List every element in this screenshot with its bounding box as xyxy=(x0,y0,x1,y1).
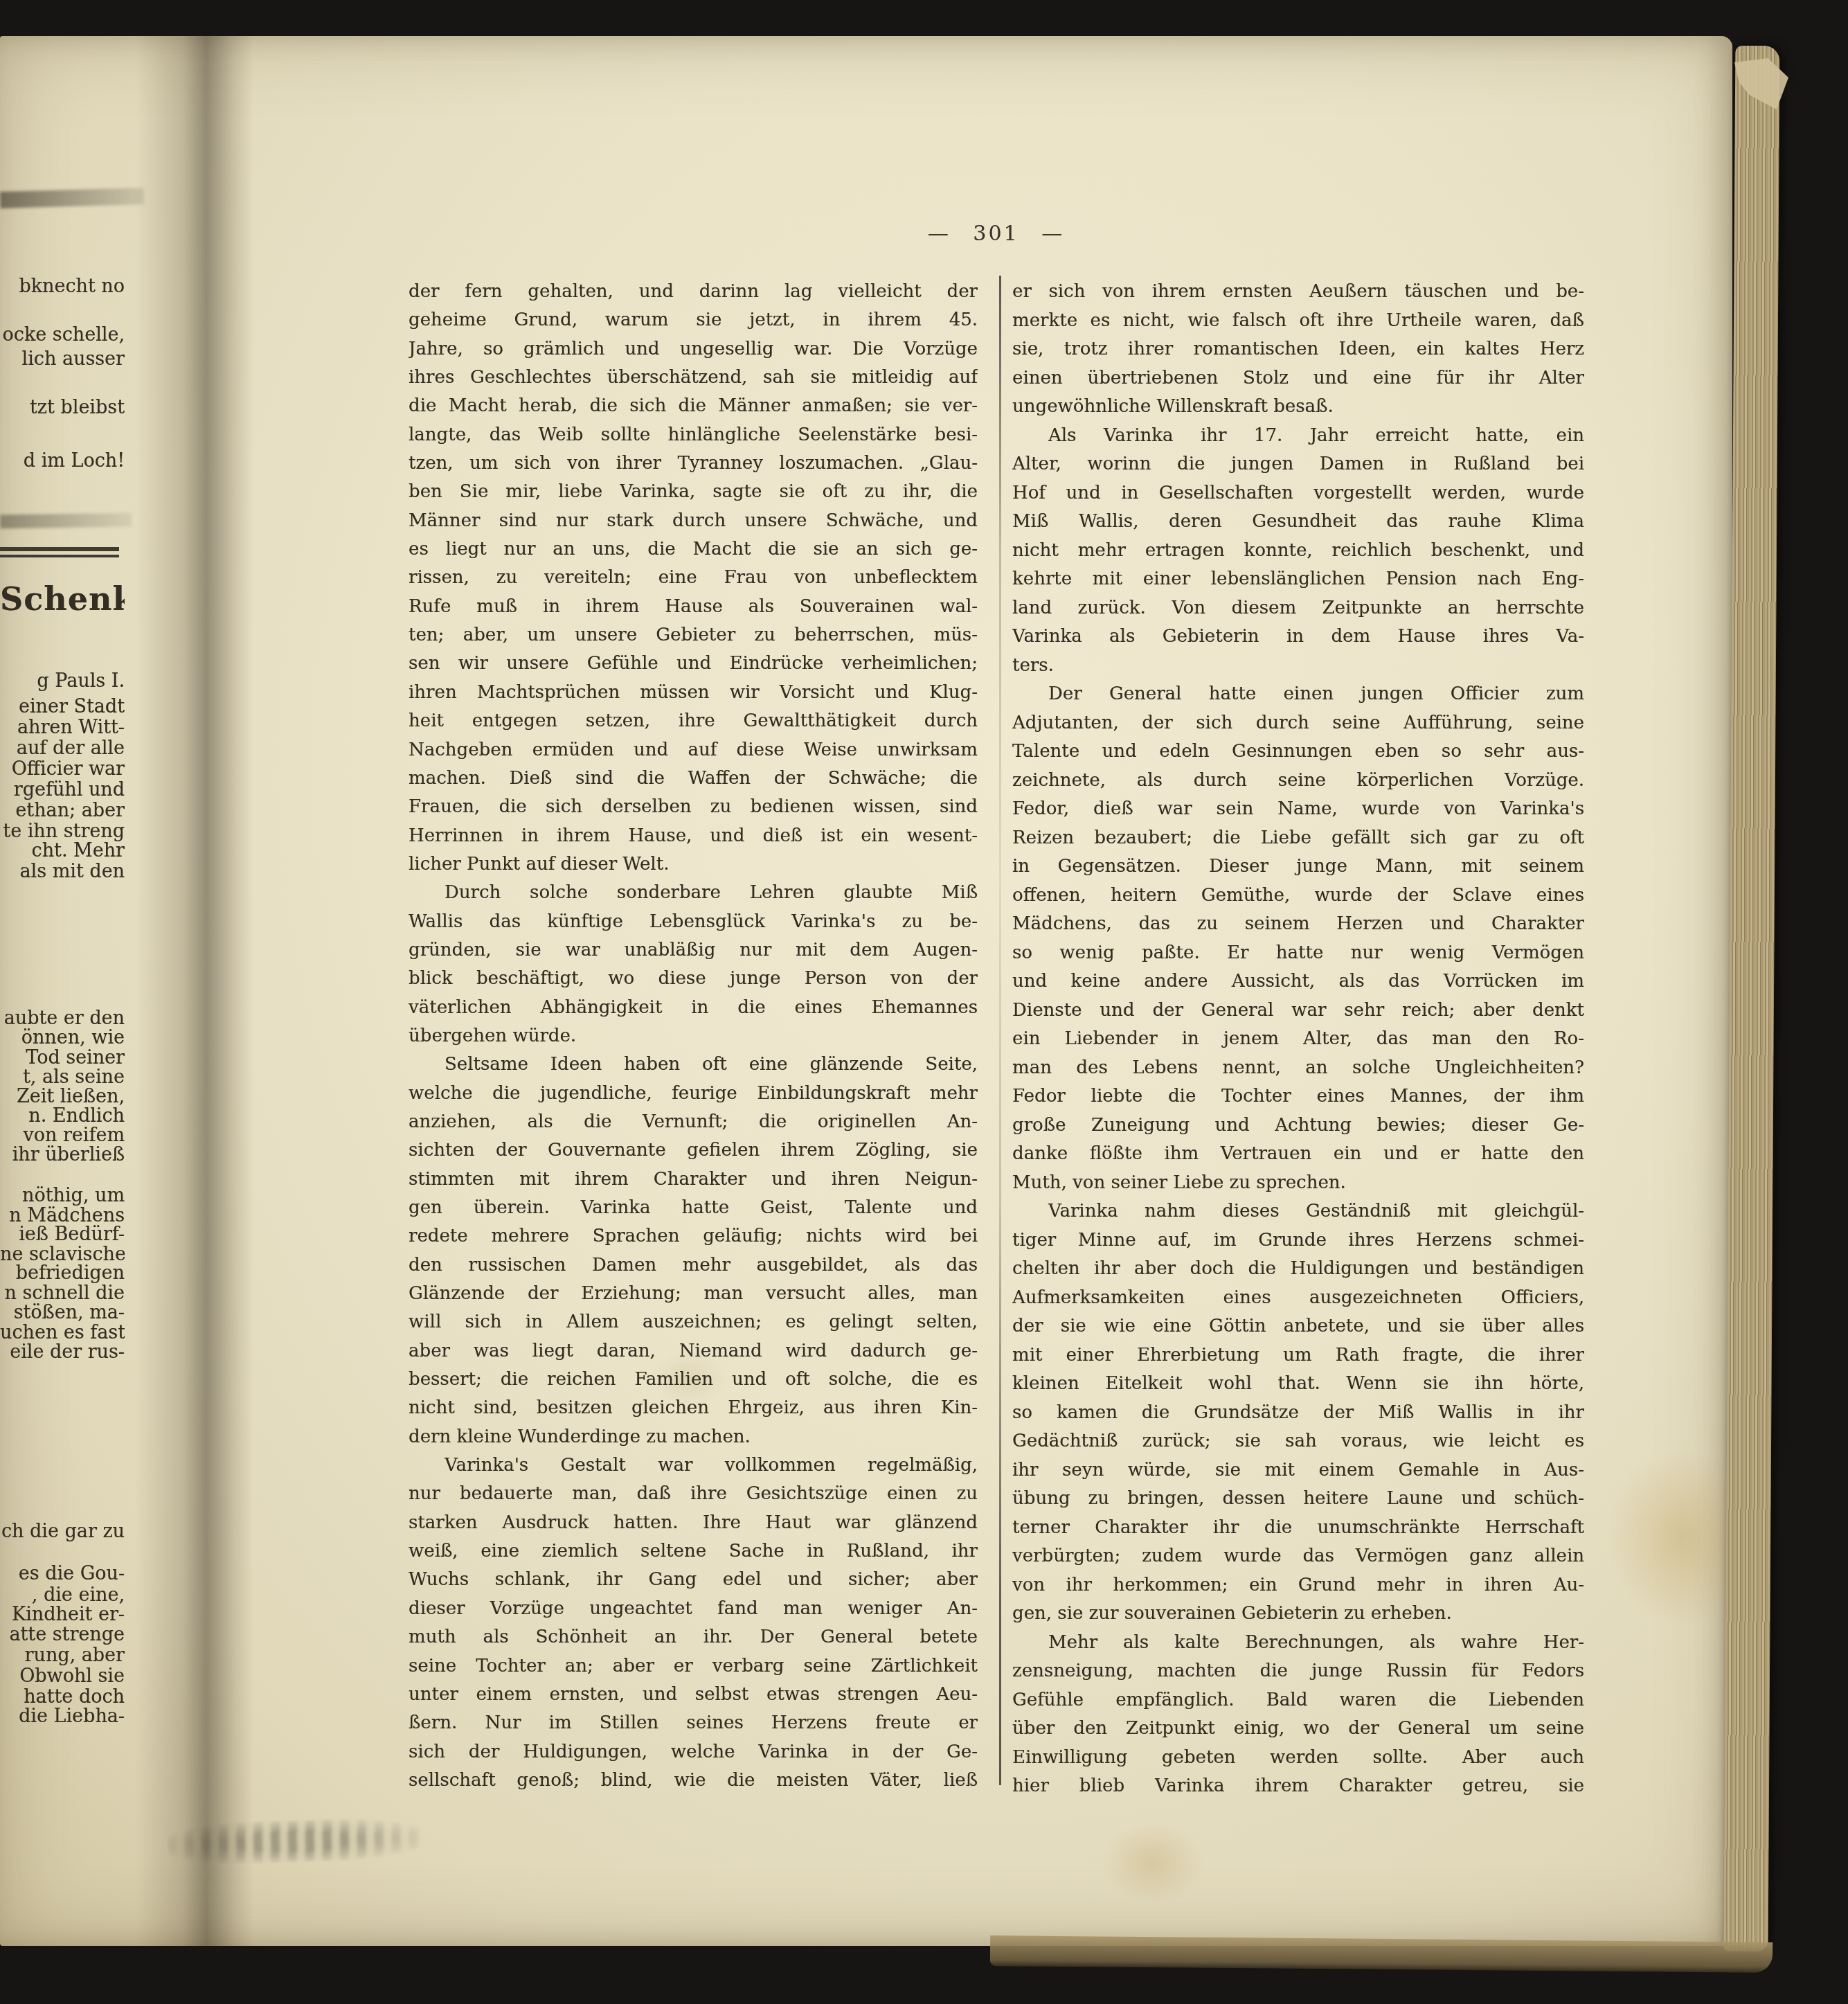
text-line: tiger Minne auf, im Grunde ihres Herzens… xyxy=(1012,1226,1584,1255)
fragment-line: ieß Bedürf- xyxy=(0,1224,125,1245)
text-line: Seltsame Ideen haben oft eine glänzende … xyxy=(409,1050,978,1079)
text-line: in Gegensätzen. Dieser junge Mann, mit s… xyxy=(1012,852,1584,882)
text-line: Herrinnen in ihrem Hause, und dieß ist e… xyxy=(409,822,978,850)
text-line: Nachgeben ermüden und auf diese Weise un… xyxy=(409,736,978,764)
text-line: stimmten mit ihrem Charakter und ihren N… xyxy=(409,1165,978,1194)
text-line: Reizen bezaubert; die Liebe gefällt sich… xyxy=(1012,824,1584,853)
text-line: blick beschäftigt, wo diese junge Person… xyxy=(409,965,978,993)
text-line: über den Zeitpunkt einig, wo der General… xyxy=(1012,1715,1584,1744)
fragment-line: hatte doch xyxy=(0,1686,125,1708)
text-line: übergehen würde. xyxy=(409,1022,978,1050)
fragment-line: von reifem xyxy=(0,1125,125,1146)
text-line: einen übertriebenen Stolz und eine für i… xyxy=(1012,364,1584,393)
text-line: will sich in Allem auszeichnen; es gelin… xyxy=(409,1308,978,1336)
text-line: Frauen, die sich derselben zu bedienen w… xyxy=(409,793,978,821)
fragment-line: es die Gou- xyxy=(0,1563,125,1584)
text-line: dern kleine Wunderdinge zu machen. xyxy=(409,1423,978,1451)
text-line: so wenig paßte. Er hatte nur wenig Vermö… xyxy=(1012,939,1584,968)
fragment-heading: Schenke. xyxy=(0,580,125,618)
text-line: er sich von ihrem ernsten Aeußern täusch… xyxy=(1012,278,1584,307)
fragment-line: Kindheit er- xyxy=(0,1604,125,1625)
fragment-line: atte strenge xyxy=(0,1624,125,1645)
text-line: starken Ausdruck hatten. Ihre Haut war g… xyxy=(409,1509,978,1537)
text-line: Als Varinka ihr 17. Jahr erreicht hatte,… xyxy=(1012,422,1584,451)
text-line: machen. Dieß sind die Waffen der Schwäch… xyxy=(409,764,978,793)
text-line: tzen, um sich von ihrer Tyranney loszuma… xyxy=(409,449,978,478)
fragment-line: ocke schelle, xyxy=(0,324,125,346)
text-line: Wallis das künftige Lebensglück Varinka'… xyxy=(409,908,978,936)
column-divider-rule xyxy=(999,276,1001,1785)
text-line: Hof und in Gesellschaften vorgestellt we… xyxy=(1012,479,1584,508)
text-line: licher Punkt auf dieser Welt. xyxy=(409,850,978,879)
text-line: ßern. Nur im Stillen seines Herzens freu… xyxy=(409,1709,978,1737)
text-line: redete mehrere Sprachen geläufig; nichts… xyxy=(409,1222,978,1251)
text-line: terner Charakter ihr die unumschränkte H… xyxy=(1012,1514,1584,1543)
text-line: heit entgegen setzen, ihre Gewaltthätigk… xyxy=(409,707,978,735)
fragment-line: aubte er den xyxy=(0,1008,125,1029)
text-line: kleinen Eitelkeit wohl that. Wenn sie ih… xyxy=(1012,1370,1584,1399)
text-line: große Zuneigung und Achtung bewies; dies… xyxy=(1012,1111,1584,1140)
fragment-line: nöthig, um xyxy=(0,1185,125,1206)
text-line: dieser Vorzüge ungeachtet fand man wenig… xyxy=(409,1595,978,1623)
text-line: nicht mehr ertragen konnte, reichlich be… xyxy=(1012,537,1584,566)
text-line: chelten ihr aber doch die Huldigungen un… xyxy=(1012,1255,1584,1284)
fragment-line: Zeit ließen, xyxy=(0,1086,125,1107)
text-line: ihres Geschlechtes überschätzend, sah si… xyxy=(409,364,978,392)
bottom-page-edge xyxy=(990,1935,1773,1973)
text-line: väterlichen Abhängigkeit in die eines Eh… xyxy=(409,994,978,1022)
text-line: Gefühle empfänglich. Bald waren die Lieb… xyxy=(1012,1686,1584,1715)
text-line: anziehen, als die Vernunft; die originel… xyxy=(409,1108,978,1136)
fragment-line: n schnell die xyxy=(0,1282,125,1304)
text-line: kehrte mit einer lebenslänglichen Pensio… xyxy=(1012,565,1584,594)
text-line: sen wir unsere Gefühle und Eindrücke ver… xyxy=(409,650,978,678)
fragment-line: , die eine, xyxy=(0,1584,125,1606)
text-line: Jahre, so grämlich und ungesellig war. D… xyxy=(409,335,978,364)
fragment-line: ihr überließ xyxy=(0,1144,125,1165)
text-line: muth als Schönheit an ihr. Der General b… xyxy=(409,1623,978,1652)
fragment-line: Tod seiner xyxy=(0,1047,125,1068)
text-line: unter einem ernsten, und selbst etwas st… xyxy=(409,1681,978,1709)
text-line: Varinka als Gebieterin in dem Hause ihre… xyxy=(1012,623,1584,652)
fragment-line: einer Stadt xyxy=(0,696,125,717)
right-column: er sich von ihrem ernsten Aeußern täusch… xyxy=(1012,278,1584,1801)
text-line: Muth, von seiner Liebe zu sprechen. xyxy=(1012,1169,1584,1198)
text-line: Gedächtniß zurück; sie sah voraus, wie l… xyxy=(1012,1427,1584,1456)
fragment-line: önnen, wie xyxy=(0,1027,125,1048)
text-line: Aufmerksamkeiten eines ausgezeichneten O… xyxy=(1012,1284,1584,1313)
fragment-line: eile der rus- xyxy=(0,1341,125,1363)
fragment-line: tzt bleibst xyxy=(0,397,125,418)
fragment-line: rung, aber xyxy=(0,1645,125,1666)
fragment-line: d im Loch! xyxy=(0,450,125,472)
text-line: gen, sie zur souverainen Gebieterin zu e… xyxy=(1012,1600,1584,1629)
text-line: ters. xyxy=(1012,652,1584,681)
fragment-line: n. Endlich xyxy=(0,1105,125,1127)
text-line: sich der Huldigungen, welche Varinka in … xyxy=(409,1738,978,1766)
text-line: übung zu bringen, dessen heitere Laune u… xyxy=(1012,1485,1584,1514)
text-line: zensneigung, machten die junge Russin fü… xyxy=(1012,1657,1584,1686)
text-line: langte, das Weib sollte hinlängliche See… xyxy=(409,421,978,449)
text-line: Mädchens, das zu seinem Herzen und Chara… xyxy=(1012,910,1584,939)
fragment-line: ethan; aber xyxy=(0,800,125,821)
fragment-line: Officier war xyxy=(0,758,125,780)
ink-smudge xyxy=(0,513,132,529)
gutter-shadow xyxy=(136,36,253,1946)
text-line: ungewöhnliche Willenskraft besaß. xyxy=(1012,393,1584,422)
fragment-line: befriedigen xyxy=(0,1262,125,1284)
fragment-line: auf der alle xyxy=(0,737,125,759)
text-line: merkte es nicht, wie falsch oft ihre Urt… xyxy=(1012,307,1584,336)
text-line: der fern gehalten, und darinn lag vielle… xyxy=(409,278,978,306)
left-column: der fern gehalten, und darinn lag vielle… xyxy=(409,278,978,1795)
text-line: Miß Wallis, deren Gesundheit das rauhe K… xyxy=(1012,508,1584,537)
text-line: sellschaft genoß; blind, wie die meisten… xyxy=(409,1766,978,1795)
text-line: Adjutanten, der sich durch seine Aufführ… xyxy=(1012,709,1584,738)
text-line: ein Liebender in jenem Alter, das man de… xyxy=(1012,1025,1584,1054)
text-line: Rufe muß in ihrem Hause als Souverainen … xyxy=(409,593,978,621)
text-line: gen überein. Varinka hatte Geist, Talent… xyxy=(409,1194,978,1222)
fragment-line: stößen, ma- xyxy=(0,1302,125,1323)
text-line: Fedor liebte die Tochter eines Mannes, d… xyxy=(1012,1082,1584,1111)
text-line: ben Sie mir, liebe Varinka, sagte sie of… xyxy=(409,478,978,506)
text-line: Varinka's Gestalt war vollkommen regelmä… xyxy=(409,1451,978,1480)
book-scan: bknecht noocke schelle,lich aussertzt bl… xyxy=(0,0,1848,2004)
text-line: land zurück. Von diesem Zeitpunkte an he… xyxy=(1012,594,1584,623)
text-line: ihren Machtsprüchen müssen wir Vorsicht … xyxy=(409,679,978,707)
text-line: gründen, sie war unabläßig nur mit dem A… xyxy=(409,936,978,965)
fragment-line: Obwohl sie xyxy=(0,1665,125,1687)
text-line: von ihr herkommen; ein Grund mehr in ihr… xyxy=(1012,1571,1584,1600)
page-number: — 301 — xyxy=(409,222,1584,246)
text-line: geheime Grund, warum sie jetzt, in ihrem… xyxy=(409,306,978,334)
text-line: den russischen Damen mehr ausgebildet, a… xyxy=(409,1251,978,1280)
text-line: ihr seyn würde, sie mit einem Gemahle in… xyxy=(1012,1456,1584,1485)
fragment-line: bknecht no xyxy=(0,276,125,297)
fragment-line: cht. Mehr xyxy=(0,840,125,861)
text-line: Mehr als kalte Berechnungen, als wahre H… xyxy=(1012,1629,1584,1658)
text-line: rissen, zu vereiteln; eine Frau von unbe… xyxy=(409,564,978,592)
text-line: seine Tochter an; aber er verbarg seine … xyxy=(409,1652,978,1681)
text-line: Männer sind nur stark durch unsere Schwä… xyxy=(409,507,978,535)
text-line: mit einer Ehrerbietung um Rath fragte, d… xyxy=(1012,1341,1584,1370)
text-line: es liegt nur an uns, die Macht die sie a… xyxy=(409,535,978,564)
text-line: und keine andere Aussicht, als das Vorrü… xyxy=(1012,967,1584,996)
text-line: Durch solche sonderbare Lehren glaubte M… xyxy=(409,879,978,907)
text-line: Wuchs schlank, ihr Gang edel und sicher;… xyxy=(409,1566,978,1594)
text-line: so kamen die Grundsätze der Miß Wallis i… xyxy=(1012,1399,1584,1428)
text-line: Der General hatte einen jungen Officier … xyxy=(1012,680,1584,709)
text-line: Dienste und der General war sehr reich; … xyxy=(1012,996,1584,1026)
text-line: offenen, heitern Gemüthe, wurde der Scla… xyxy=(1012,882,1584,911)
fragment-line: g Pauls I. xyxy=(0,670,125,692)
text-line: weiß, eine ziemlich seltene Sache in Ruß… xyxy=(409,1537,978,1566)
fragment-line: die Liebha- xyxy=(0,1706,125,1727)
fragment-line: rgefühl und xyxy=(0,779,125,800)
fragment-line: als mit den xyxy=(0,861,125,882)
fragment-line: t, als seine xyxy=(0,1066,125,1088)
text-line: ten; aber, um unsere Gebieter zu beherrs… xyxy=(409,621,978,650)
text-line: der sie wie eine Göttin anbetete, und si… xyxy=(1012,1312,1584,1341)
fragment-line: te ihn streng xyxy=(0,821,125,842)
fragment-line: ahren Witt- xyxy=(0,717,125,738)
text-line: hier blieb Varinka ihrem Charakter getre… xyxy=(1012,1772,1584,1801)
text-line: nicht sind, besitzen gleichen Ehrgeiz, a… xyxy=(409,1394,978,1422)
text-line: verbürgten; zudem wurde das Vermögen gan… xyxy=(1012,1542,1584,1571)
text-line: Einwilligung gebeten werden sollte. Aber… xyxy=(1012,1744,1584,1773)
text-line: Fedor, dieß war sein Name, wurde von Var… xyxy=(1012,795,1584,824)
faded-stamp-smudge xyxy=(167,1816,423,1867)
text-line: zeichnete, als durch seine körperlichen … xyxy=(1012,767,1584,796)
text-line: danke flößte ihm Vertrauen ein und er ha… xyxy=(1012,1140,1584,1169)
fragment-line: uchen es fast xyxy=(0,1322,125,1343)
text-line: sie, trotz ihrer romantischen Ideen, ein… xyxy=(1012,335,1584,364)
text-line: Varinka nahm dieses Geständniß mit gleic… xyxy=(1012,1197,1584,1226)
text-line: bessert; die reichen Familien und oft so… xyxy=(409,1366,978,1394)
text-line: Alter, worinn die jungen Damen in Rußlan… xyxy=(1012,450,1584,479)
fragment-line: ch die gar zu xyxy=(0,1521,125,1542)
fragment-line: lich ausser xyxy=(0,348,125,370)
text-line: nur bedauerte man, daß ihre Gesichtszüge… xyxy=(409,1480,978,1508)
left-page-fragments: bknecht noocke schelle,lich aussertzt bl… xyxy=(0,0,125,2004)
text-line: Glänzende der Erziehung; man versucht al… xyxy=(409,1280,978,1308)
text-line: welche die jugendliche, feurige Einbildu… xyxy=(409,1080,978,1108)
text-line: Talente und edeln Gesinnungen eben so se… xyxy=(1012,737,1584,767)
text-line: aber was liegt daran, Niemand wird dadur… xyxy=(409,1337,978,1366)
text-line: sichten der Gouvernante gefielen ihrem Z… xyxy=(409,1136,978,1165)
text-line: die Macht herab, die sich die Männer anm… xyxy=(409,392,978,420)
text-line: man des Lebens nennt, an solche Ungleich… xyxy=(1012,1054,1584,1083)
